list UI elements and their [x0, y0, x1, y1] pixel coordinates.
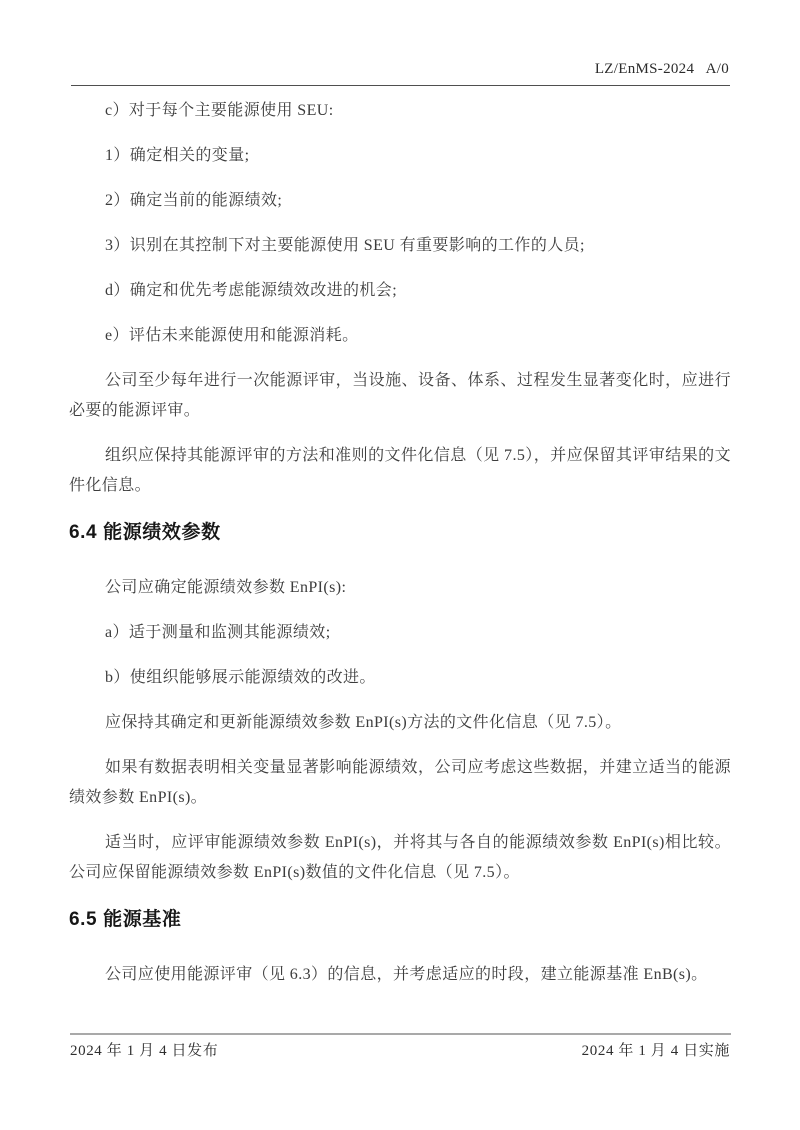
list-item-c: c）对于每个主要能源使用 SEU: — [69, 96, 731, 126]
list-item-b: b）使组织能够展示能源绩效的改进。 — [69, 663, 731, 693]
paragraph-enpi-intro: 公司应确定能源绩效参数 EnPI(s): — [69, 573, 731, 603]
footer-rule — [70, 1033, 731, 1035]
list-item-3: 3）识别在其控制下对主要能源使用 SEU 有重要影响的工作的人员; — [69, 231, 731, 261]
paragraph-enpi-data: 如果有数据表明相关变量显著影响能源绩效，公司应考虑这些数据，并建立适当的能源绩效… — [69, 753, 731, 813]
document-page: LZ/EnMS-2024 A/0 c）对于每个主要能源使用 SEU: 1）确定相… — [0, 0, 800, 1130]
paragraph-documented-info: 组织应保持其能源评审的方法和准则的文件化信息（见 7.5），并应保留其评审结果的… — [69, 441, 731, 501]
paragraph-energy-review: 公司至少每年进行一次能源评审，当设施、设备、体系、过程发生显著变化时，应进行必要… — [69, 366, 731, 426]
document-body: c）对于每个主要能源使用 SEU: 1）确定相关的变量; 2）确定当前的能源绩效… — [69, 96, 731, 1005]
section-heading-6-4: 6.4 能源绩效参数 — [69, 518, 731, 548]
list-item-1: 1）确定相关的变量; — [69, 141, 731, 171]
paragraph-enpi-compare: 适当时，应评审能源绩效参数 EnPI(s)，并将其与各自的能源绩效参数 EnPI… — [69, 828, 731, 888]
section-heading-6-5: 6.5 能源基准 — [69, 905, 731, 935]
list-item-e: e）评估未来能源使用和能源消耗。 — [69, 321, 731, 351]
list-item-a: a）适于测量和监测其能源绩效; — [69, 618, 731, 648]
list-item-d: d）确定和优先考虑能源绩效改进的机会; — [69, 276, 731, 306]
paragraph-enb-baseline: 公司应使用能源评审（见 6.3）的信息，并考虑适应的时段，建立能源基准 EnB(… — [69, 960, 731, 990]
document-code: LZ/EnMS-2024 A/0 — [595, 61, 729, 78]
paragraph-enpi-method: 应保持其确定和更新能源绩效参数 EnPI(s)方法的文件化信息（见 7.5）。 — [69, 708, 731, 738]
header-rule — [71, 85, 730, 86]
footer-issue-date: 2024 年 1 月 4 日发布 — [70, 1039, 218, 1060]
footer-implement-date: 2024 年 1 月 4 日实施 — [582, 1039, 730, 1060]
list-item-2: 2）确定当前的能源绩效; — [69, 186, 731, 216]
footer: 2024 年 1 月 4 日发布 2024 年 1 月 4 日实施 — [70, 1039, 730, 1060]
